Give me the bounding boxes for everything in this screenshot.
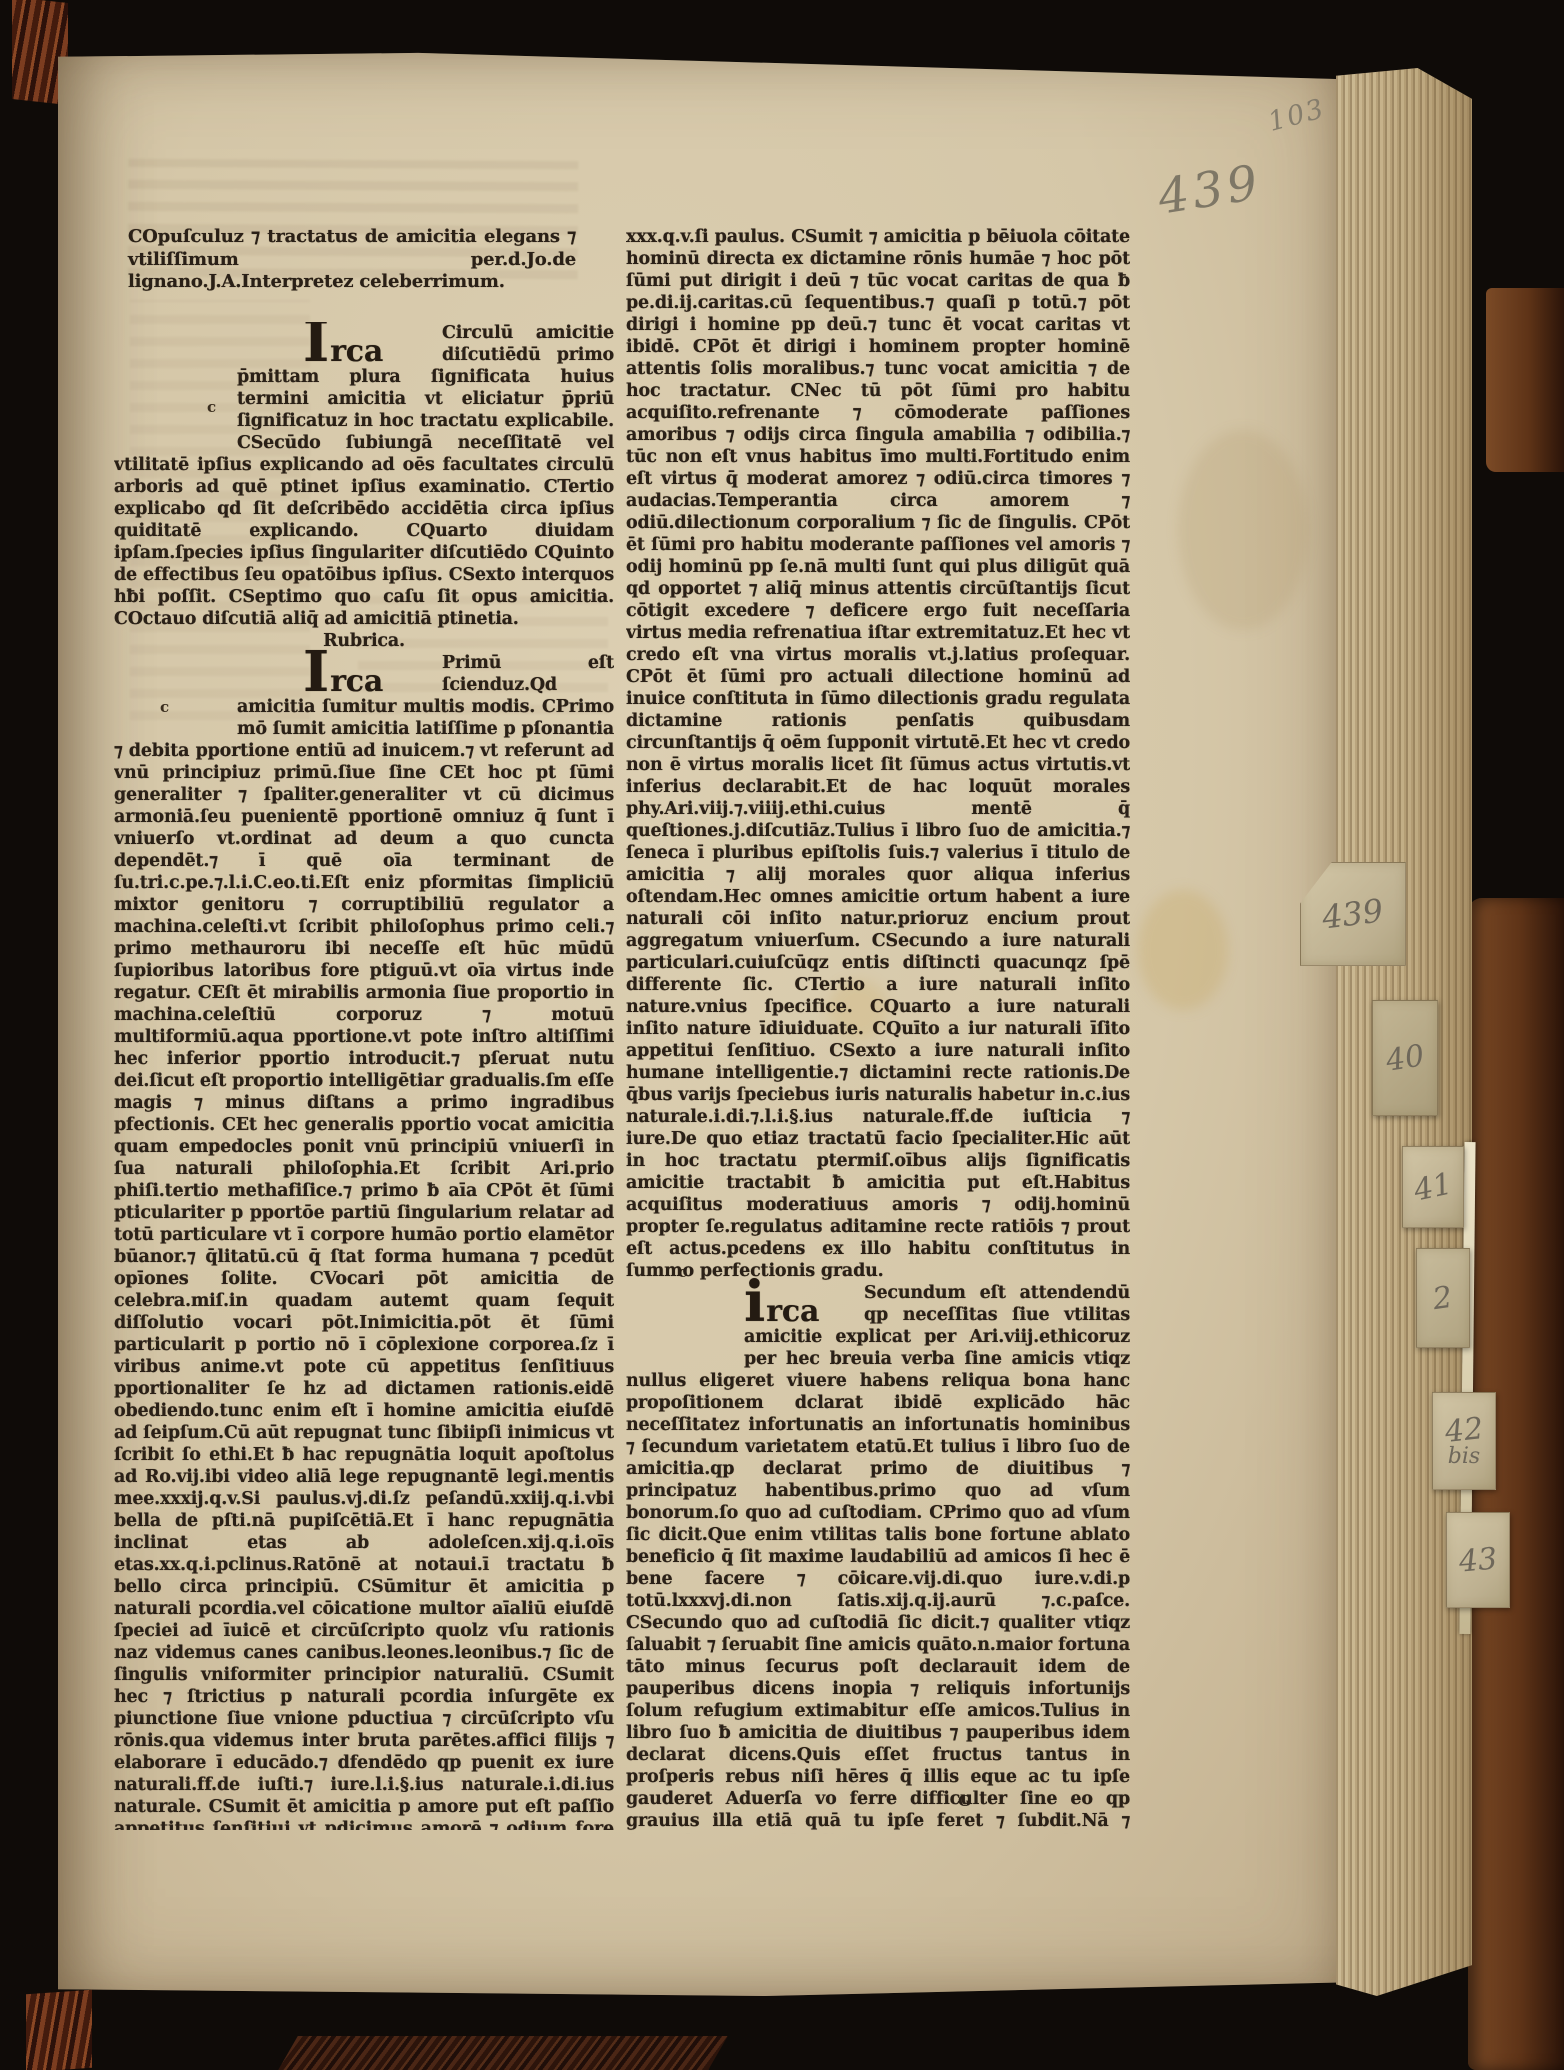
initial-indent xyxy=(626,1282,744,1370)
rubric-heading: Rubrica. xyxy=(114,630,614,652)
printed-title-header: COpuſculuz ⁊ tractatus de amicitia elega… xyxy=(128,226,576,294)
drop-cap-initial: Irca xyxy=(237,652,442,696)
tab-label: 41 xyxy=(1411,1166,1456,1208)
tab-label: 439 xyxy=(1320,891,1385,936)
drop-cap-initial: irca xyxy=(744,1282,864,1326)
initial-indent xyxy=(114,322,237,454)
drop-cap-letters: rca xyxy=(330,671,383,693)
pencil-shelfmark-number: 439 xyxy=(1154,154,1265,226)
book-page: 103 439 COpuſculuz ⁊ tractatus de amicit… xyxy=(58,50,1344,1996)
binding-cloth-bottom xyxy=(278,2036,728,2070)
drop-cap-letter: i xyxy=(744,1282,766,1322)
drop-cap-letter: I xyxy=(303,322,330,362)
pencil-folio-number: 103 xyxy=(1265,93,1329,138)
tab-label: 43 xyxy=(1457,1541,1498,1579)
tab-label: 42 xyxy=(1443,1411,1485,1450)
binding-cloth-bottom-left xyxy=(26,1990,92,2070)
paragraph-circa-secundum: irca Secundum eſt attendendū qp neceſſit… xyxy=(626,1282,1130,1834)
drop-cap-letter: I xyxy=(303,652,330,692)
text-column-right: xxx.q.v.ſi paulus. CSumit ⁊ amicitia p b… xyxy=(626,226,1130,1834)
book-photograph: 103 439 COpuſculuz ⁊ tractatus de amicit… xyxy=(0,0,1564,2070)
index-tab-40: 40 xyxy=(1372,1000,1438,1116)
index-tab-2: 2 xyxy=(1416,1248,1470,1348)
paragraph-continuation: xxx.q.v.ſi paulus. CSumit ⁊ amicitia p b… xyxy=(626,226,1130,1282)
index-tab-41: 41 xyxy=(1402,1146,1464,1228)
index-tab-42bis: 42bis xyxy=(1432,1392,1496,1490)
paper-stain xyxy=(1178,430,1308,630)
paragraph-circa-2: Irca Primū eſt ſcienduz.Qd amicitia ſumi… xyxy=(114,652,614,1830)
text-column-left: Irca Circulū amicitie diſcutiēdū primo p… xyxy=(114,322,614,1830)
leather-board-edge-top xyxy=(1486,288,1564,472)
paper-stain xyxy=(1138,890,1228,1010)
drop-cap-letters: rca xyxy=(766,1301,819,1323)
signature-mark: G xyxy=(958,1792,971,1810)
tab-label: 40 xyxy=(1383,1038,1426,1079)
drop-cap-letters: rca xyxy=(330,341,383,363)
paragraph-circa-1: Irca Circulū amicitie diſcutiēdū primo p… xyxy=(114,322,614,630)
tab-label: 2 xyxy=(1431,1279,1455,1316)
paragraph-text: xxx.q.v.ſi paulus. CSumit ⁊ amicitia p b… xyxy=(626,227,1130,1281)
initial-indent xyxy=(114,652,237,740)
index-tab-43: 43 xyxy=(1446,1512,1510,1608)
paragraph-text: Primū eſt ſcienduz.Qd amicitia ſumitur m… xyxy=(114,653,614,1830)
drop-cap-initial: Irca xyxy=(237,322,442,366)
